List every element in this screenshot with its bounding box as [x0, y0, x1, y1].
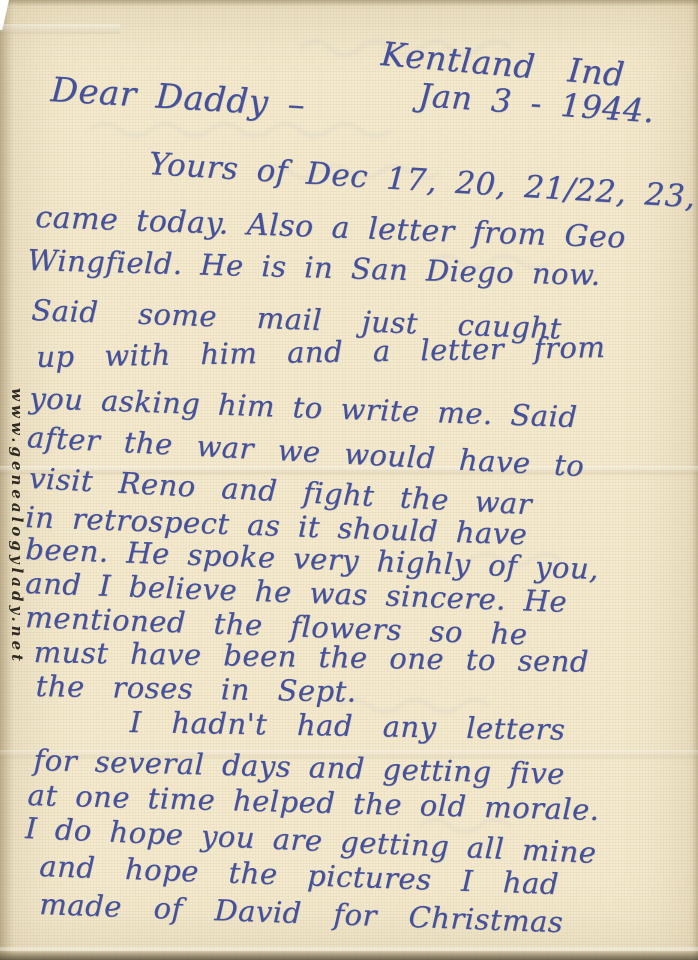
scanned-letter-page: { "letter": { "place": "Kentland Ind", "…: [0, 0, 698, 960]
letter-line: the roses in Sept.: [35, 669, 356, 709]
paper-background: www.genealogylady.net Kentland Ind Jan 3…: [0, 0, 698, 960]
letter-salutation: Dear Daddy –: [50, 70, 307, 125]
top-left-crease: [0, 24, 120, 34]
top-edge-shadow: [0, 0, 698, 6]
letter-line: up with him and a letter from: [36, 330, 606, 374]
genealogylady-watermark: www.genealogylady.net: [8, 388, 26, 650]
letter-line: I hadn't had any letters: [129, 705, 565, 747]
right-edge-shadow: [692, 0, 698, 960]
letter-line: Yours of Dec 17, 20, 21/22, 23,: [148, 146, 697, 215]
bottom-edge-shadow: [0, 951, 698, 960]
